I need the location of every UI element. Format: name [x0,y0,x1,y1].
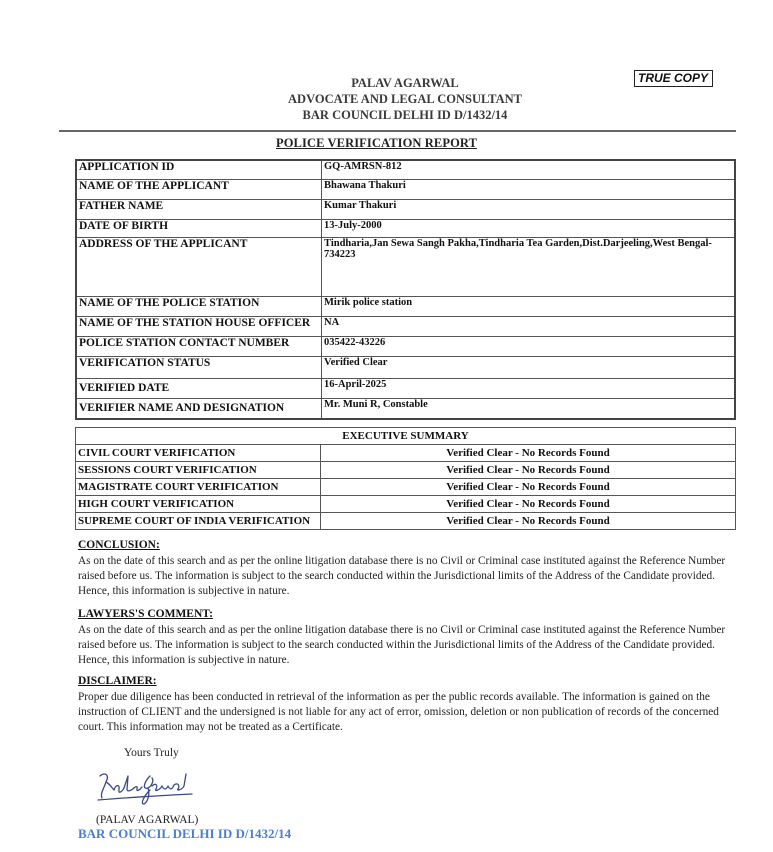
true-copy-stamp: TRUE COPY [634,70,713,87]
row-value: Tindharia,Jan Sewa Sangh Pakha,Tindharia… [322,237,736,296]
table-row: NAME OF THE STATION HOUSE OFFICERNA [76,316,735,336]
row-value: Mirik police station [322,296,736,316]
disclaimer-heading: DISCLAIMER: [78,675,157,687]
row-label: SESSIONS COURT VERIFICATION [76,462,321,479]
details-table: APPLICATION IDGQ-AMRSN-812 NAME OF THE A… [75,159,736,420]
closing-text: Yours Truly [124,747,179,759]
lawyers-comment-text: As on the date of this search and as per… [78,623,738,668]
report-title: POLICE VERIFICATION REPORT [276,136,477,151]
table-row: VERIFIED DATE16-April-2025 [76,378,735,398]
row-label: FATHER NAME [76,199,322,219]
table-row: DATE OF BIRTH13-July-2000 [76,219,735,237]
table-row: HIGH COURT VERIFICATIONVerified Clear - … [76,496,736,513]
executive-summary-table: EXECUTIVE SUMMARY CIVIL COURT VERIFICATI… [75,427,736,530]
signature-icon [92,768,197,813]
row-label: VERIFIER NAME AND DESIGNATION [76,398,322,419]
summary-heading: EXECUTIVE SUMMARY [76,428,736,445]
row-value: Verified Clear - No Records Found [321,496,736,513]
row-label: SUPREME COURT OF INDIA VERIFICATION [76,513,321,530]
row-value: Verified Clear - No Records Found [321,462,736,479]
row-value: Bhawana Thakuri [322,179,736,199]
conclusion-heading: CONCLUSION: [78,539,160,551]
row-label: CIVIL COURT VERIFICATION [76,445,321,462]
row-label: VERIFIED DATE [76,378,322,398]
conclusion-text: As on the date of this search and as per… [78,554,738,599]
row-value: Mr. Muni R, Constable [322,398,736,419]
lawyers-comment-heading: LAWYERS'S COMMENT: [78,608,213,620]
table-row: SUPREME COURT OF INDIA VERIFICATIONVerif… [76,513,736,530]
row-value: 035422-43226 [322,336,736,356]
table-row: APPLICATION IDGQ-AMRSN-812 [76,160,735,179]
row-value: GQ-AMRSN-812 [322,160,736,179]
table-row: MAGISTRATE COURT VERIFICATIONVerified Cl… [76,479,736,496]
table-row: VERIFICATION STATUSVerified Clear [76,356,735,378]
row-label: ADDRESS OF THE APPLICANT [76,237,322,296]
table-row: CIVIL COURT VERIFICATIONVerified Clear -… [76,445,736,462]
row-label: VERIFICATION STATUS [76,356,322,378]
header-divider [59,130,736,132]
advocate-title: ADVOCATE AND LEGAL CONSULTANT [0,91,773,107]
row-value: Verified Clear - No Records Found [321,445,736,462]
row-label: NAME OF THE APPLICANT [76,179,322,199]
table-row: ADDRESS OF THE APPLICANTTindharia,Jan Se… [76,237,735,296]
table-row: SESSIONS COURT VERIFICATIONVerified Clea… [76,462,736,479]
row-label: APPLICATION ID [76,160,322,179]
table-row: NAME OF THE APPLICANTBhawana Thakuri [76,179,735,199]
table-row: NAME OF THE POLICE STATIONMirik police s… [76,296,735,316]
row-label: NAME OF THE POLICE STATION [76,296,322,316]
disclaimer-text: Proper due diligence has been conducted … [78,690,738,735]
row-label: MAGISTRATE COURT VERIFICATION [76,479,321,496]
table-row: VERIFIER NAME AND DESIGNATIONMr. Muni R,… [76,398,735,419]
row-value: NA [322,316,736,336]
row-label: POLICE STATION CONTACT NUMBER [76,336,322,356]
row-value: 13-July-2000 [322,219,736,237]
row-label: HIGH COURT VERIFICATION [76,496,321,513]
bar-council-id: BAR COUNCIL DELHI ID D/1432/14 [0,107,773,123]
row-value: Verified Clear - No Records Found [321,479,736,496]
table-row: POLICE STATION CONTACT NUMBER035422-4322… [76,336,735,356]
row-value: Verified Clear [322,356,736,378]
signatory-bar-id: BAR COUNCIL DELHI ID D/1432/14 [78,826,291,842]
row-value: 16-April-2025 [322,378,736,398]
row-value: Kumar Thakuri [322,199,736,219]
row-value: Verified Clear - No Records Found [321,513,736,530]
row-label: NAME OF THE STATION HOUSE OFFICER [76,316,322,336]
table-row: FATHER NAMEKumar Thakuri [76,199,735,219]
row-label: DATE OF BIRTH [76,219,322,237]
signatory-name: (PALAV AGARWAL) [96,814,198,826]
summary-header-row: EXECUTIVE SUMMARY [76,428,736,445]
